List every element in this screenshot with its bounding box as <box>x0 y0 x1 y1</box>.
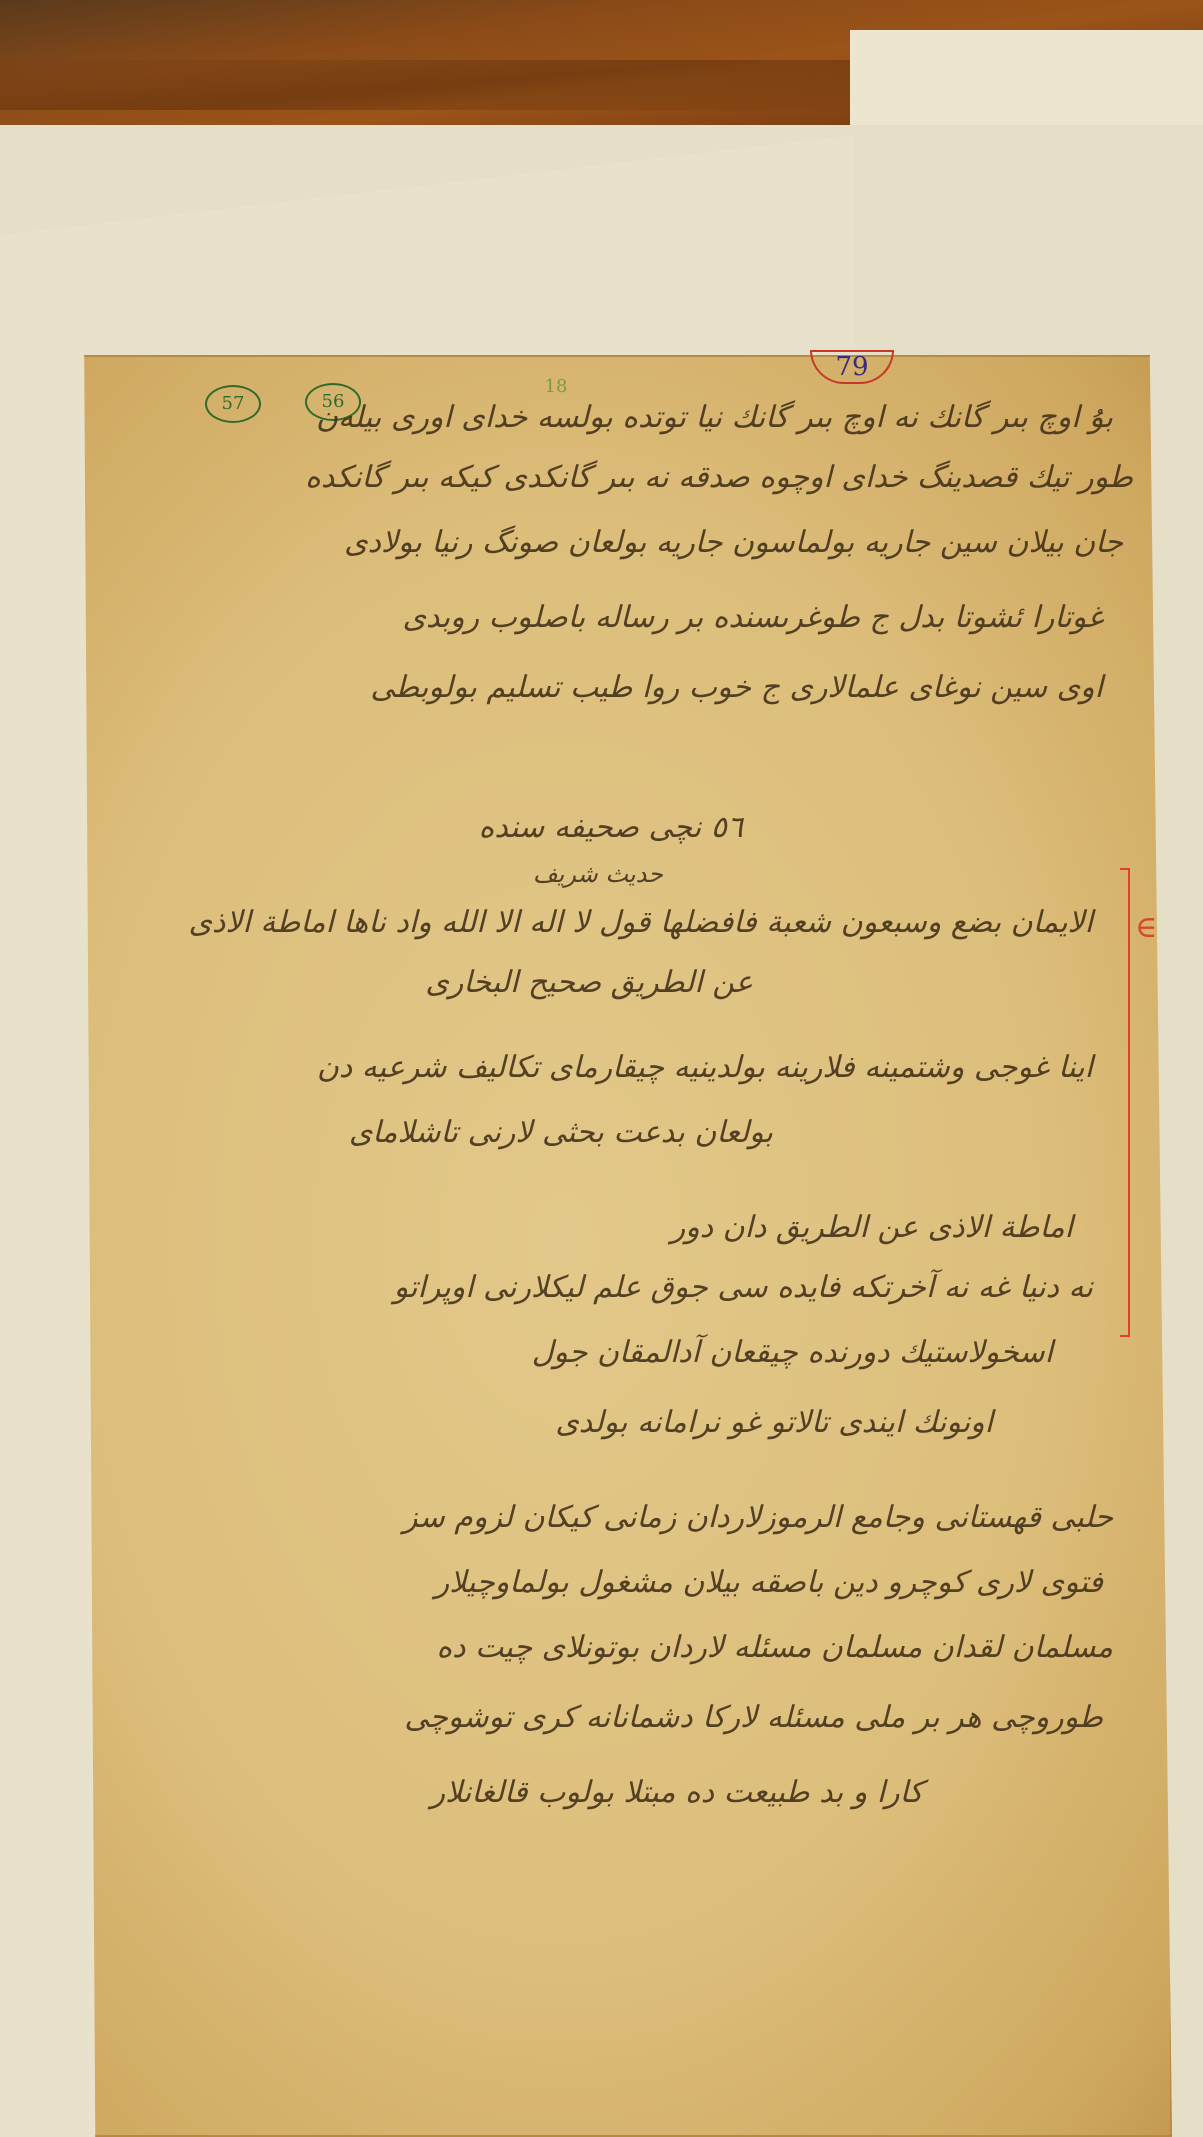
element-of-symbol: ∈ <box>1135 910 1157 945</box>
manuscript-line: بولعان بدعت بحثى لارنى تاشلاماى <box>349 1115 773 1150</box>
manuscript-line: جان بيلان سين جاريه بولماسون جاريه بولعا… <box>344 525 1123 560</box>
manuscript-line: اوى سين نوغاى علمالارى ج خوب روا طيب تسل… <box>370 670 1103 705</box>
manuscript-line: الايمان بضع وسبعون شعبة فافضلها قول لا ا… <box>189 905 1093 940</box>
manuscript-line: اماطة الاذى عن الطريق دان دور <box>671 1210 1073 1245</box>
manuscript-line: حلبى قهستانى وجامع الرموزلاردان زمانى كي… <box>403 1500 1113 1535</box>
manuscript-line: اينا غوجى وشتمينه فلارينه بولدينيه چيقار… <box>317 1050 1093 1085</box>
manuscript-line: طوروچى هر بر ملى مسئله لاركا دشمانانه كر… <box>404 1700 1103 1735</box>
faint-marginal-mark: 18 <box>530 370 582 404</box>
manuscript-line: غوتارا ئشوتا بدل ج طوغرىسنده بر رساله با… <box>403 600 1103 635</box>
manuscript-line: اسخولاستيك دورنده چيقعان آدالمقان جول <box>532 1335 1053 1370</box>
red-bracket <box>1120 868 1130 1337</box>
manuscript-line: كارا و بد طبيعت ده مبتلا بولوب قالغانلار <box>431 1775 923 1810</box>
manuscript-line: ٥٦ نچى صحيفه سنده <box>479 810 743 845</box>
manuscript-line: بۇ اوچ بىر گانك نه اوچ بىر گانك نيا توتد… <box>316 400 1113 435</box>
green-marginal-mark: 57 <box>205 385 261 423</box>
manuscript-line: عن الطريق صحيح البخارى <box>425 965 753 1000</box>
manuscript-line: فتوى لارى كوچرو دين باصقه بيلان مشغول بو… <box>435 1565 1103 1600</box>
wood-grain <box>0 60 900 110</box>
manuscript-line: اونونك ايندى تالاتو غو نرامانه بولدى <box>555 1405 993 1440</box>
manuscript-line: نه دنيا غه نه آخرتكه فايده سى جوق علم لي… <box>394 1270 1093 1305</box>
manuscript-line: حديث شريف <box>533 860 663 888</box>
manuscript-line: مسلمان لقدان مسلمان مسئله لاردان بوتونلا… <box>436 1630 1113 1665</box>
manuscript-line: طور تيك قصدينگ خداى اوچوه صدقه نه بىر گا… <box>305 460 1133 495</box>
